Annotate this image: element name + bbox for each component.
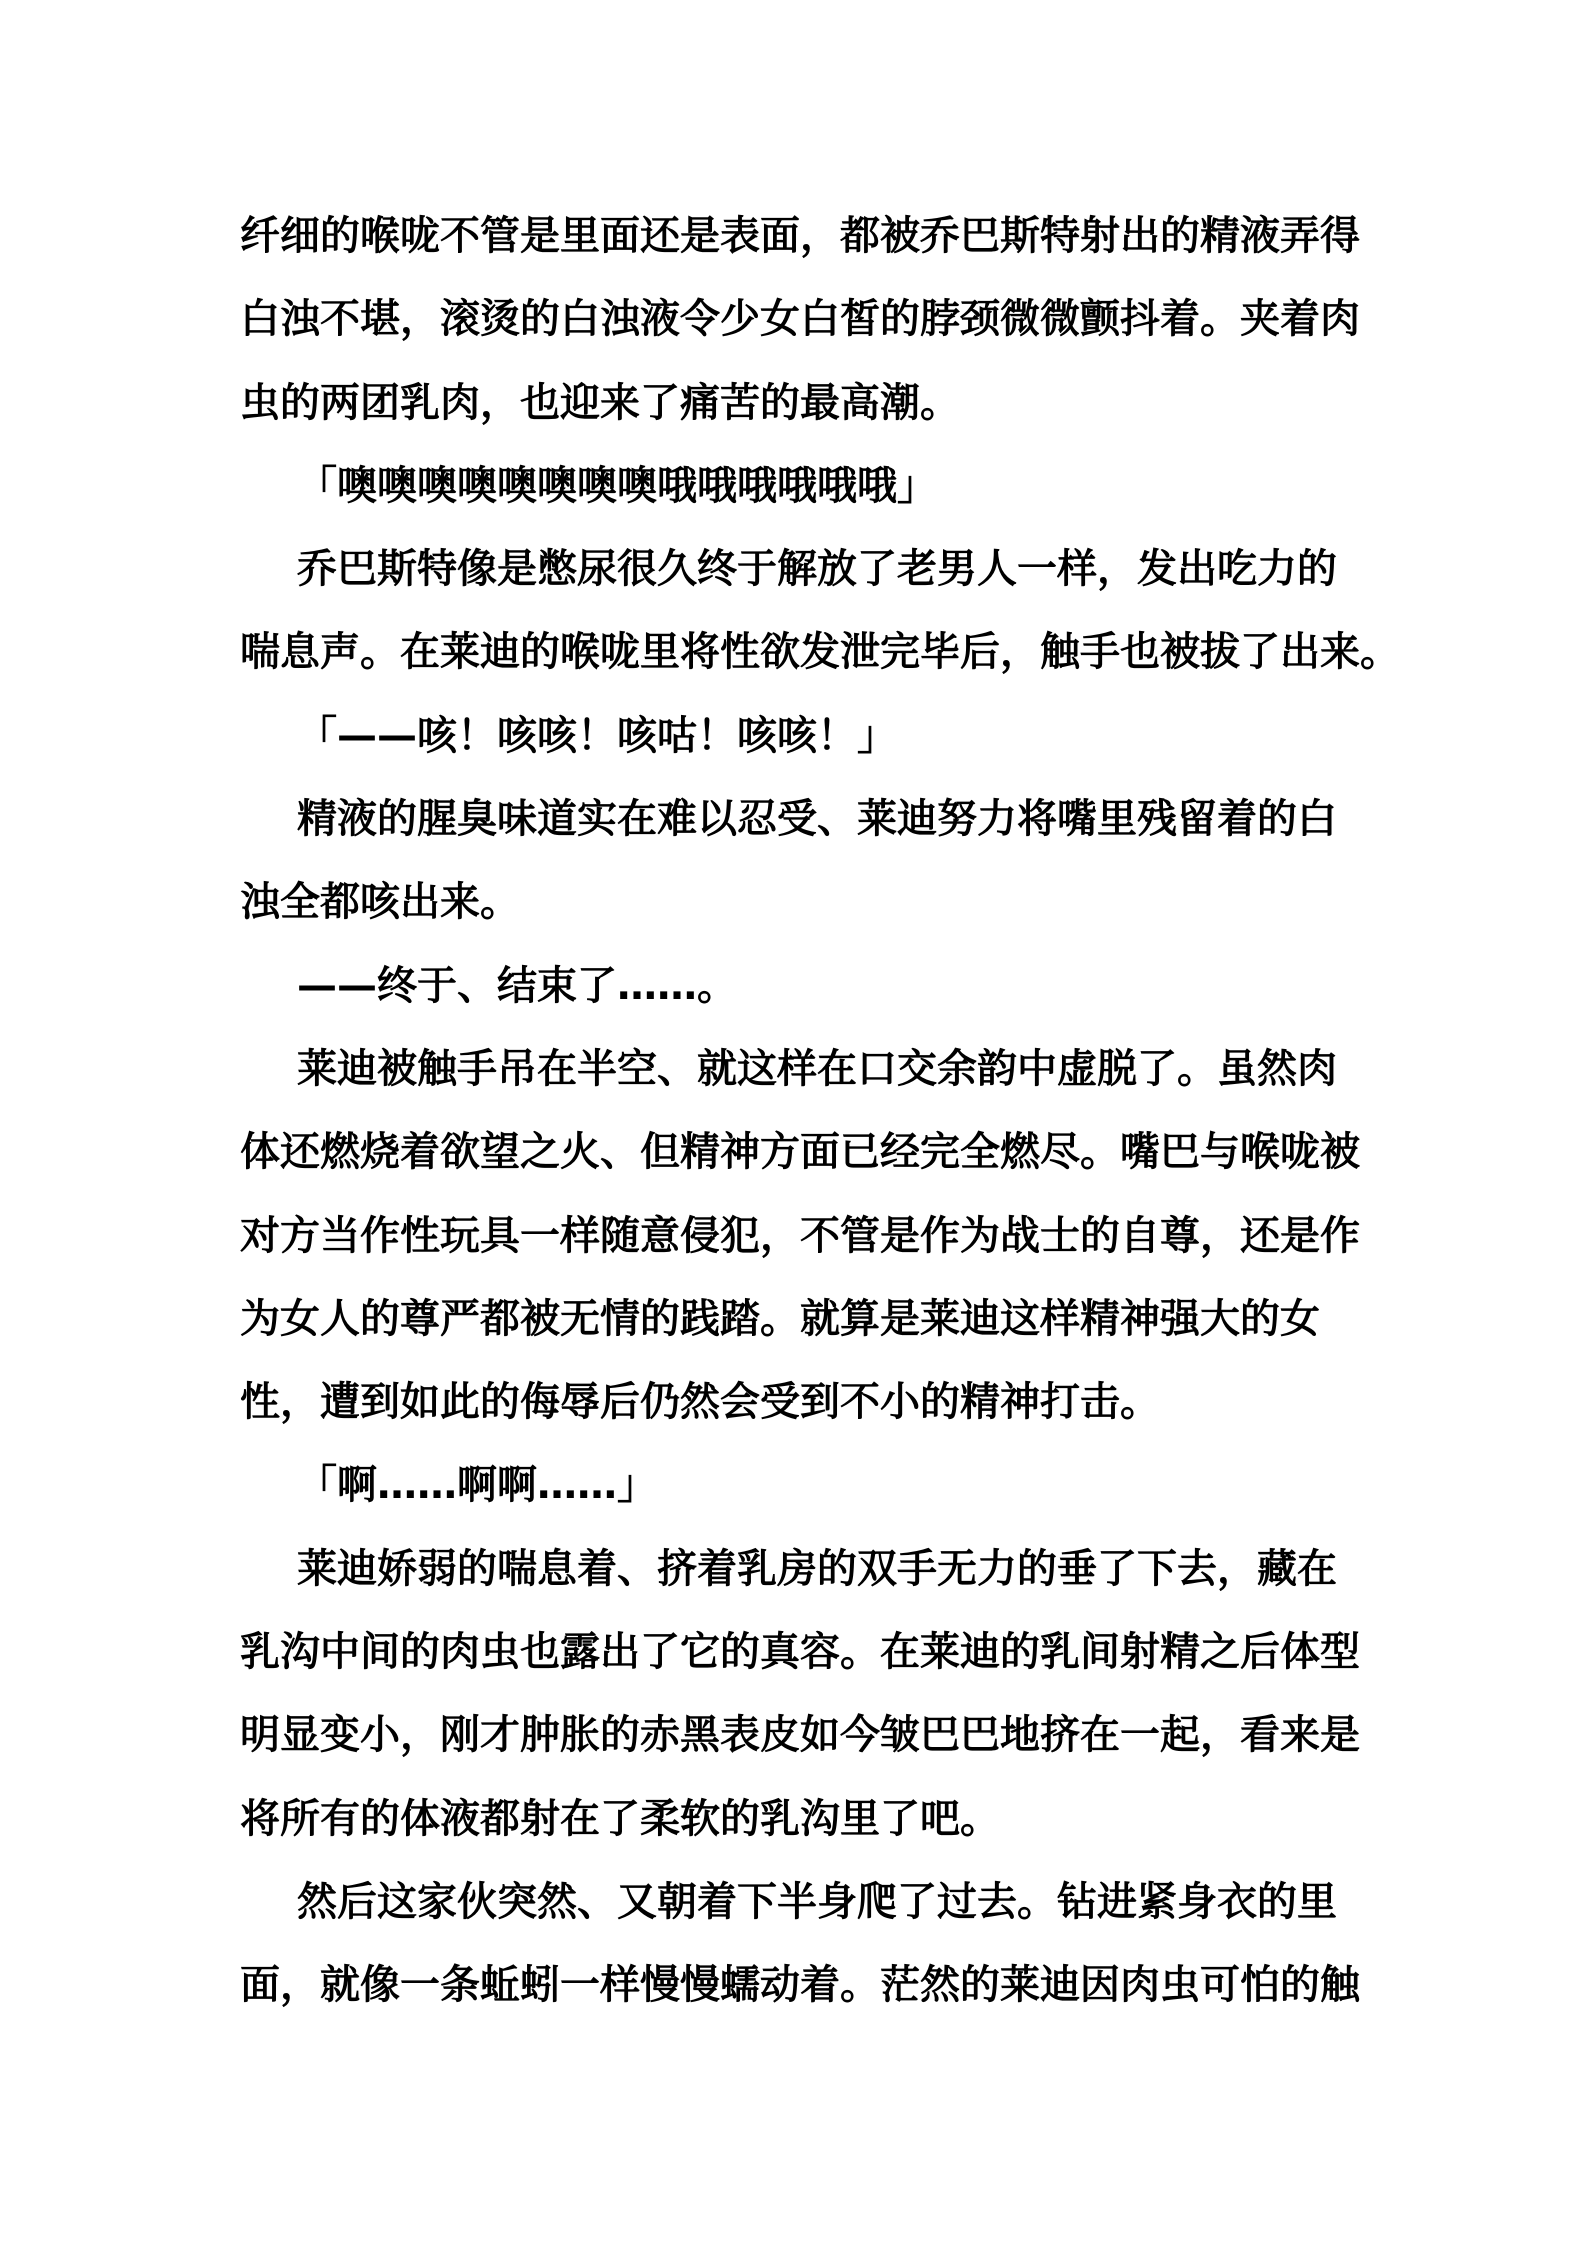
paragraph-8-line-1: 「啊……啊啊……」 [240,1444,1350,1527]
paragraph-7-line-5: 性，遭到如此的侮辱后仍然会受到不小的精神打击。 [240,1361,1350,1444]
paragraph-1-line-2: 白浊不堪，滚烫的白浊液令少女白皙的脖颈微微颤抖着。夹着肉 [240,278,1350,361]
paragraph-7-line-1: 莱迪被触手吊在半空、就这样在口交余韵中虚脱了。虽然肉 [240,1028,1350,1111]
paragraph-2: 「噢噢噢噢噢噢噢噢哦哦哦哦哦哦」 [240,445,1350,528]
paragraph-5: 精液的腥臭味道实在难以忍受、莱迪努力将嘴里残留着的白浊全都咳出来。 [240,778,1350,945]
paragraph-9: 莱迪娇弱的喘息着、挤着乳房的双手无力的垂了下去，藏在乳沟中间的肉虫也露出了它的真… [240,1528,1350,1861]
paragraph-7-line-3: 对方当作性玩具一样随意侵犯，不管是作为战士的自尊，还是作 [240,1195,1350,1278]
paragraph-7-line-2: 体还燃烧着欲望之火、但精神方面已经完全燃尽。嘴巴与喉咙被 [240,1111,1350,1194]
paragraph-7-line-4: 为女人的尊严都被无情的践踏。就算是莱迪这样精神强大的女 [240,1278,1350,1361]
paragraph-1-line-1: 纤细的喉咙不管是里面还是表面，都被乔巴斯特射出的精液弄得 [240,195,1350,278]
paragraph-1-line-3: 虫的两团乳肉，也迎来了痛苦的最高潮。 [240,362,1350,445]
paragraph-3-line-2: 喘息声。在莱迪的喉咙里将性欲发泄完毕后，触手也被拔了出来。 [240,611,1350,694]
paragraph-9-line-4: 将所有的体液都射在了柔软的乳沟里了吧。 [240,1778,1350,1861]
paragraph-9-line-2: 乳沟中间的肉虫也露出了它的真容。在莱迪的乳间射精之后体型 [240,1611,1350,1694]
paragraph-10: 然后这家伙突然、又朝着下半身爬了过去。钻进紧身衣的里面，就像一条蚯蚓一样慢慢蠕动… [240,1861,1350,2028]
paragraph-6-line-1: ——终于、结束了……。 [240,945,1350,1028]
paragraph-6: ——终于、结束了……。 [240,945,1350,1028]
paragraph-3-line-1: 乔巴斯特像是憋尿很久终于解放了老男人一样，发出吃力的 [240,528,1350,611]
paragraph-10-line-1: 然后这家伙突然、又朝着下半身爬了过去。钻进紧身衣的里 [240,1861,1350,1944]
paragraph-10-line-2: 面，就像一条蚯蚓一样慢慢蠕动着。茫然的莱迪因肉虫可怕的触 [240,1944,1350,2027]
paragraph-3: 乔巴斯特像是憋尿很久终于解放了老男人一样，发出吃力的喘息声。在莱迪的喉咙里将性欲… [240,528,1350,695]
paragraph-9-line-1: 莱迪娇弱的喘息着、挤着乳房的双手无力的垂了下去，藏在 [240,1528,1350,1611]
paragraph-5-line-1: 精液的腥臭味道实在难以忍受、莱迪努力将嘴里残留着的白 [240,778,1350,861]
novel-page: 纤细的喉咙不管是里面还是表面，都被乔巴斯特射出的精液弄得白浊不堪，滚烫的白浊液令… [0,0,1587,2245]
paragraph-4: 「——咳！咳咳！咳咕！咳咳！」 [240,695,1350,778]
paragraph-8: 「啊……啊啊……」 [240,1444,1350,1527]
paragraph-5-line-2: 浊全都咳出来。 [240,861,1350,944]
paragraph-1: 纤细的喉咙不管是里面还是表面，都被乔巴斯特射出的精液弄得白浊不堪，滚烫的白浊液令… [240,195,1350,445]
paragraph-7: 莱迪被触手吊在半空、就这样在口交余韵中虚脱了。虽然肉体还燃烧着欲望之火、但精神方… [240,1028,1350,1444]
text-block: 纤细的喉咙不管是里面还是表面，都被乔巴斯特射出的精液弄得白浊不堪，滚烫的白浊液令… [240,195,1350,2028]
paragraph-4-line-1: 「——咳！咳咳！咳咕！咳咳！」 [240,695,1350,778]
paragraph-2-line-1: 「噢噢噢噢噢噢噢噢哦哦哦哦哦哦」 [240,445,1350,528]
paragraph-9-line-3: 明显变小，刚才肿胀的赤黑表皮如今皱巴巴地挤在一起，看来是 [240,1694,1350,1777]
